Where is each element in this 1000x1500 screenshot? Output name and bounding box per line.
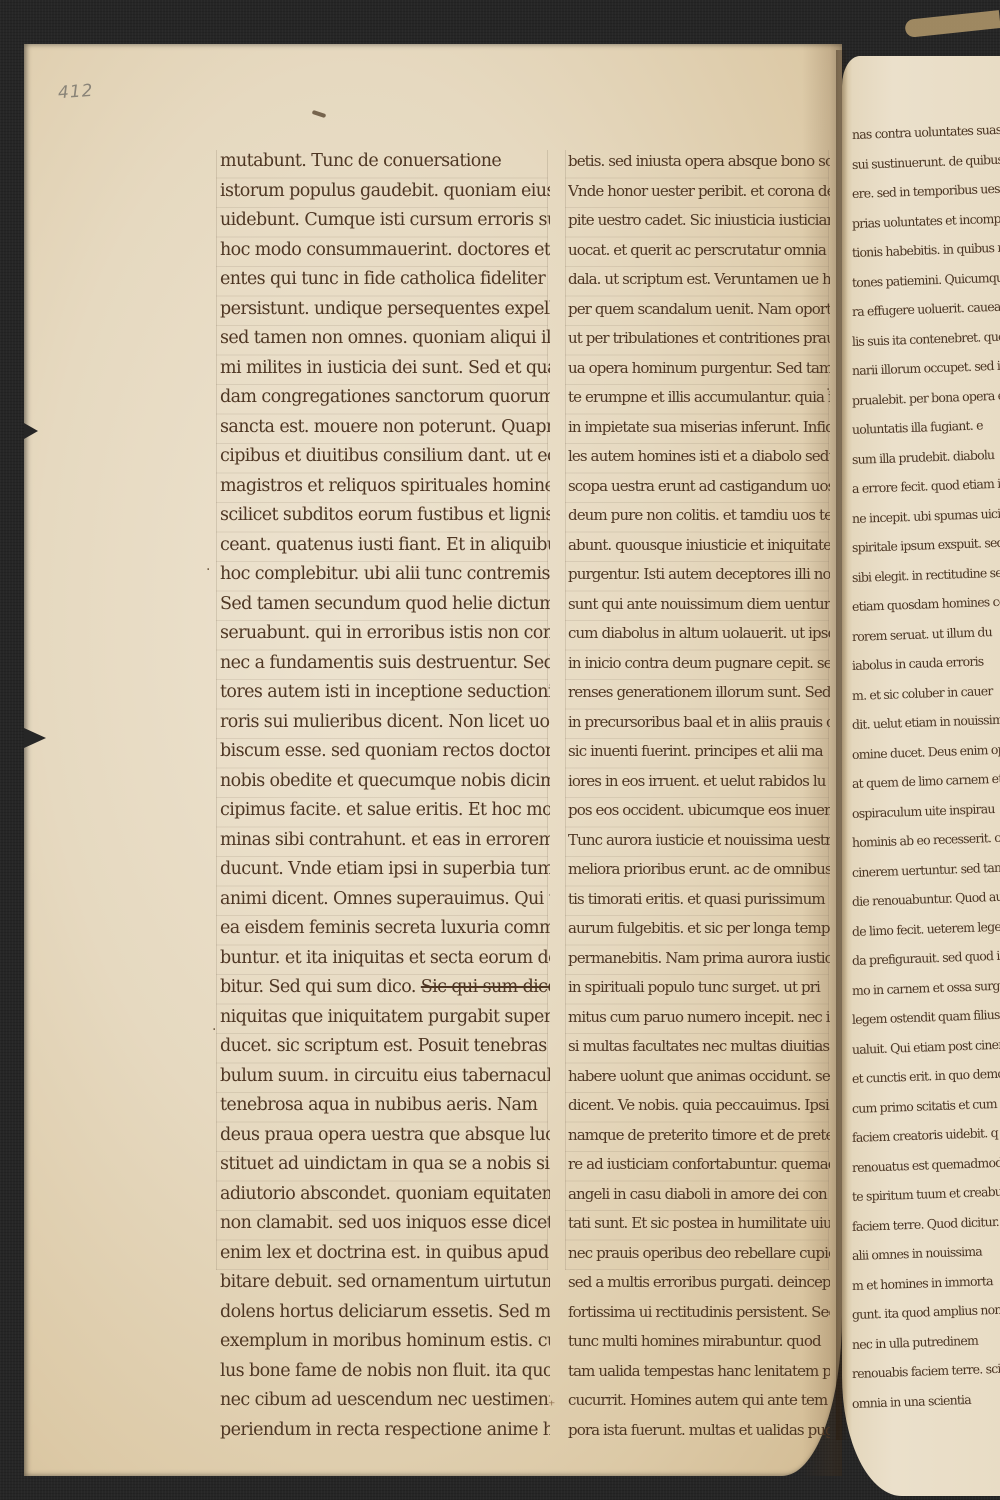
manuscript-line: non clamabit. sed uos iniquos esse dicet… <box>220 1209 550 1239</box>
manuscript-line: nec a fundamentis suis destruentur. Sedu… <box>220 649 550 679</box>
manuscript-line: uocat. et querit ac perscrutatur omnia s… <box>568 236 830 266</box>
manuscript-line: ut per tribulationes et contritiones pra… <box>568 324 830 354</box>
manuscript-line: lus bone fame de nobis non fluit. ita qu… <box>220 1357 550 1387</box>
manuscript-line: habere uolunt que animas occidunt. sed <box>568 1062 830 1092</box>
manuscript-line: animi dicent. Omnes superauimus. Qui tam… <box>220 885 550 915</box>
manuscript-line: gunt. ita quod amplius non crescet <box>851 1295 1000 1330</box>
manuscript-line: nobis obedite et quecumque nobis dicimus… <box>220 767 550 797</box>
manuscript-line: per quem scandalum uenit. Nam oportet <box>568 295 830 325</box>
manuscript-line: Vnde honor uester peribit. et corona de … <box>568 177 830 207</box>
manuscript-line: magistros et reliquos spirituales homine… <box>220 472 550 502</box>
manuscript-line: da prefigurauit. sed quod ide h <box>851 941 1000 976</box>
manuscript-line: stituet ad uindictam in qua se a nobis s… <box>220 1150 550 1180</box>
manuscript-line: uidebunt. Cumque isti cursum erroris sui <box>220 206 550 236</box>
manuscript-line: iores in eos irruent. et uelut rabidos l… <box>568 767 830 797</box>
manuscript-line: seruabunt. qui in erroribus istis non co… <box>220 619 550 649</box>
manuscript-line: nas contra uoluntates suas in p <box>851 115 1000 150</box>
manuscript-line: at quem de limo carnem et <box>851 764 1000 799</box>
manuscript-line: ducet. sic scriptum est. Posuit tenebras… <box>220 1032 550 1062</box>
manuscript-line: betis. sed iniusta opera absque bono sci… <box>568 147 830 177</box>
manuscript-line: angeli in casu diaboli in amore dei con <box>568 1180 830 1210</box>
manuscript-line: mutabunt. Tunc de conuersatione <box>220 147 550 177</box>
struck-through-text: Sic qui sum dico. <box>421 977 550 997</box>
manuscript-line: narii illorum occupet. sed in q <box>851 351 1000 386</box>
manuscript-line: pora ista fuerunt. multas et ualidas pug <box>568 1416 830 1446</box>
manuscript-line: hoc modo consummauerint. doctores et sap… <box>220 236 550 266</box>
manuscript-line: renses generationem illorum sunt. Sed ta… <box>568 678 830 708</box>
manuscript-line: et cunctis erit. in quo demo <box>851 1059 1000 1094</box>
manuscript-line: roris sui mulieribus dicent. Non licet u… <box>220 708 550 738</box>
manuscript-line: in spirituali populo tunc surget. ut pri <box>568 973 830 1003</box>
manuscript-line: Tunc aurora iusticie et nouissima uestra <box>568 826 830 856</box>
manuscript-line: exemplum in moribus hominum estis. cum r… <box>220 1327 550 1357</box>
manuscript-line: nec prauis operibus deo rebellare cupien… <box>568 1239 830 1269</box>
manuscript-line: alii omnes in nouissima <box>851 1236 1000 1271</box>
manuscript-line: entes qui tunc in fide catholica fidelit… <box>220 265 550 295</box>
manuscript-line: tam ualida tempestas hanc lenitatem pre <box>568 1357 830 1387</box>
manuscript-line: persistunt. undique persequentes expelle… <box>220 295 550 325</box>
manuscript-line: te erumpne et illis accumulantur. quia i… <box>568 383 830 413</box>
manuscript-line: tunc multi homines mirabuntur. quod <box>568 1327 830 1357</box>
manuscript-line: dit. uelut etiam in nouissim <box>851 705 1000 740</box>
manuscript-line: mi milites in iusticia dei sunt. Sed et … <box>220 354 550 384</box>
manuscript-line: etiam quosdam homines contra <box>851 587 1000 622</box>
manuscript-line: bitur. Sed qui sum dico. Sic qui sum dic… <box>220 973 550 1003</box>
manuscript-line: omnia in una scientia <box>851 1383 1000 1418</box>
manuscript-line: in impietate sua miserias inferunt. Infi… <box>568 413 830 443</box>
parchment-edge-tear <box>24 423 38 439</box>
manuscript-line: scilicet subditos eorum fustibus et lign… <box>220 501 550 531</box>
manuscript-line: abunt. quousque iniusticie et iniquitate… <box>568 531 830 561</box>
manuscript-line: adiutorio abscondet. quoniam equitatem s… <box>220 1180 550 1210</box>
manuscript-line: istorum populus gaudebit. quoniam eius i… <box>220 177 550 207</box>
manuscript-line: nec cibum ad uescendum nec uestimentum a… <box>220 1386 550 1416</box>
manuscript-line: a errore fecit. quod etiam in p <box>851 469 1000 504</box>
manuscript-line: sed tamen non omnes. quoniam aliqui illo… <box>220 324 550 354</box>
text-column-b: betis. sed iniusta opera absque bono sci… <box>568 147 830 1445</box>
manuscript-line: ua opera hominum purgentur. Sed tamen mu… <box>568 354 830 384</box>
manuscript-line: bulum suum. in circuitu eius tabernaculu… <box>220 1062 550 1092</box>
manuscript-line: in precursoribus baal et in aliis prauis… <box>568 708 830 738</box>
manuscript-line: sancta est. mouere non poterunt. Quaprop… <box>220 413 550 443</box>
manuscript-line: aurum fulgebitis. et sic per longa tempo… <box>568 914 830 944</box>
manuscript-line: dam congregationes sanctorum quorum conu… <box>220 383 550 413</box>
manuscript-line: ea eisdem feminis secreta luxuria commis… <box>220 914 550 944</box>
manuscript-line: tores autem isti in inceptione seduction… <box>220 678 550 708</box>
manuscript-line: tati sunt. Et sic postea in humilitate u… <box>568 1209 830 1239</box>
catchword-mark: ⁺ <box>548 1398 555 1414</box>
manuscript-line: re ad iusticiam confortabuntur. quemadmo… <box>568 1150 830 1180</box>
manuscript-line: biscum esse. sed quoniam rectos doctores… <box>220 737 550 767</box>
manuscript-line: fortissima ui rectitudinis persistent. S… <box>568 1298 830 1328</box>
manuscript-line: bitare debuit. sed ornamentum uirtutum e… <box>220 1268 550 1298</box>
manuscript-line: tenebrosa aqua in nubibus aeris. Nam <box>220 1091 550 1121</box>
parchment-edge-tear <box>24 728 46 748</box>
manuscript-line: tionis habebitis. in quibus mul <box>851 233 1000 268</box>
manuscript-line: purgentur. Isti autem deceptores illi no… <box>568 560 830 590</box>
manuscript-line: cucurrit. Homines autem qui ante tem <box>568 1386 830 1416</box>
manuscript-line: cipibus et diuitibus consilium dant. ut … <box>220 442 550 472</box>
manuscript-line: renouabis faciem terre. scilic <box>851 1354 1000 1389</box>
manuscript-line: si multas facultates nec multas diuitias <box>568 1032 830 1062</box>
manuscript-line: iabolus in cauda erroris <box>851 646 1000 681</box>
marginal-dot-mark: · <box>212 1022 216 1038</box>
manuscript-line: ceant. quatenus iusti fiant. Et in aliqu… <box>220 531 550 561</box>
manuscript-line: spiritale ipsum exspuit. sed deus <box>851 528 1000 563</box>
manuscript-line: pos eos occident. ubicumque eos inueneri… <box>568 796 830 826</box>
manuscript-line: Sed tamen secundum quod helie dictum est… <box>220 590 550 620</box>
manuscript-line: deum pure non colitis. et tamdiu uos ter… <box>568 501 830 531</box>
manuscript-line: faciem creatoris uidebit. q <box>851 1118 1000 1153</box>
page-corner-repair <box>904 10 1000 38</box>
manuscript-line: namque de preterito timore et de preteri… <box>568 1121 830 1151</box>
manuscript-line: sunt qui ante nouissimum diem uenturi su… <box>568 590 830 620</box>
manuscript-line: dolens hortus deliciarum essetis. Sed ma… <box>220 1298 550 1328</box>
manuscript-line: uoluntatis illa fugiant. e <box>851 410 1000 445</box>
manuscript-line: periendum in recta respectione anime ha <box>220 1416 550 1446</box>
manuscript-line: sic inuenti fuerint. principes et alii m… <box>568 737 830 767</box>
manuscript-line: mitus cum paruo numero incepit. nec ipsi <box>568 1003 830 1033</box>
text-column-a: mutabunt. Tunc de conuersationeistorum p… <box>220 147 550 1445</box>
manuscript-line: meliora prioribus erunt. ac de omnibus p… <box>568 855 830 885</box>
manuscript-line: ducunt. Vnde etiam ipsi in superbia tume… <box>220 855 550 885</box>
manuscript-line: enim lex et doctrina est. in quibus apud… <box>220 1239 550 1269</box>
marginal-dot-mark: · <box>206 562 210 578</box>
binding-gutter-shadow <box>836 50 848 1440</box>
manuscript-line: les autem homines isti et a diabolo sedu… <box>568 442 830 472</box>
manuscript-line: buntur. et ita iniquitas et secta eorum … <box>220 944 550 974</box>
manuscript-line: pite uestro cadet. Sic iniusticia iustic… <box>568 206 830 236</box>
manuscript-line: die renouabuntur. Quod aut <box>851 882 1000 917</box>
manuscript-line: ere. sed in temporibus uestris iniquita <box>851 174 1000 209</box>
manuscript-line: cum diabolus in altum uolauerit. ut ipse <box>568 619 830 649</box>
manuscript-line: sed a multis erroribus purgati. deinceps… <box>568 1268 830 1298</box>
manuscript-line: deus praua opera uestra que absque luce … <box>220 1121 550 1151</box>
manuscript-line: dicent. Ve nobis. quia peccauimus. Ipsi <box>568 1091 830 1121</box>
folio-number: 412 <box>57 81 94 103</box>
facing-page-text-column: nas contra uoluntates suas in psui susti… <box>852 120 1000 1418</box>
manuscript-line: dala. ut scriptum est. Veruntamen ue hom… <box>568 265 830 295</box>
manuscript-line: in inicio contra deum pugnare cepit. sed… <box>568 649 830 679</box>
marginal-dot-mark: · <box>826 382 830 398</box>
manuscript-line: hoc complebitur. ubi alii tunc contremis… <box>220 560 550 590</box>
manuscript-line: legem ostendit quam filius dei p <box>851 1000 1000 1035</box>
manuscript-line: minas sibi contrahunt. et eas in errorem… <box>220 826 550 856</box>
manuscript-line: cipimus facite. et salue eritis. Et hoc … <box>220 796 550 826</box>
manuscript-line: hominis ab eo recesserit. c <box>851 823 1000 858</box>
manuscript-line: te spiritum tuum et creabuntur. <box>851 1177 1000 1212</box>
manuscript-line: scopa uestra erunt ad castigandum uos. q… <box>568 472 830 502</box>
manuscript-line: tis timorati eritis. et quasi purissimum <box>568 885 830 915</box>
manuscript-line: ra effugere uoluerit. caueat <box>851 292 1000 327</box>
manuscript-line: niquitas que iniquitatem purgabit super … <box>220 1003 550 1033</box>
manuscript-line: permanebitis. Nam prima aurora iusticie <box>568 944 830 974</box>
